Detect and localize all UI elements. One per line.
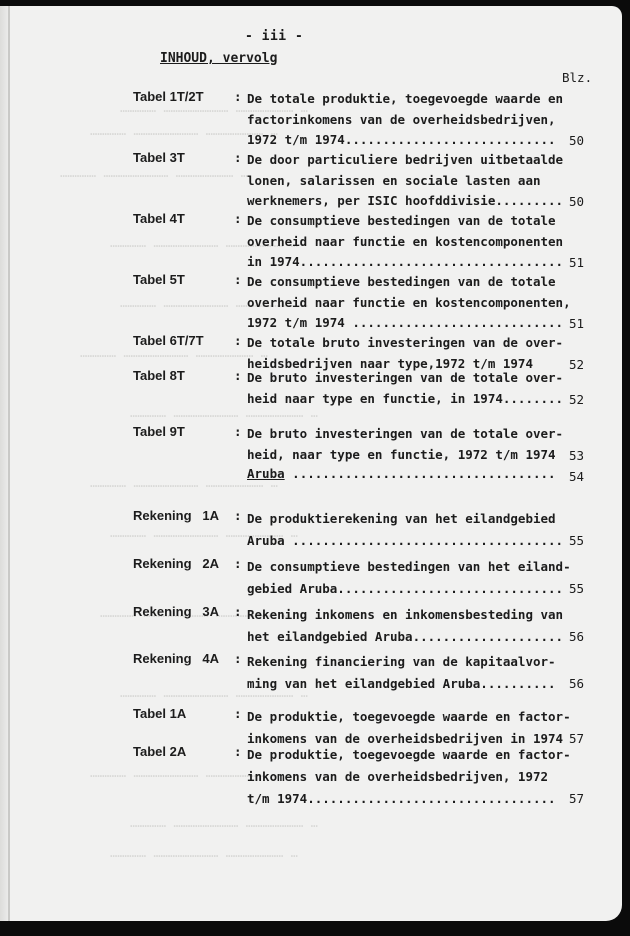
page-number: - iii -	[245, 29, 303, 44]
description-line: De totale produktie, toegevoegde waarde …	[247, 89, 547, 110]
description-line: factorinkomens van de overheidsbedrijven…	[247, 110, 547, 131]
toc-entry-label: Tabel 2A	[133, 744, 186, 759]
toc-entry-label: Tabel 8T	[133, 368, 185, 383]
toc-entry-description: De door particuliere bedrijven uitbetaal…	[247, 150, 547, 212]
description-line: 1972 t/m 1974 ..........................…	[247, 313, 547, 334]
page-reference: 56	[569, 629, 584, 644]
bleed-through-line: … …………………… ……………………… ……………	[110, 846, 298, 860]
page-reference: 51	[569, 316, 584, 331]
toc-entry-label: Tabel 9T	[133, 424, 185, 439]
separator-colon: :	[234, 424, 242, 439]
toc-entry-description: De totale produktie, toegevoegde waarde …	[247, 89, 547, 151]
description-line: overheid naar functie en kostencomponent…	[247, 232, 547, 253]
page-reference: 50	[569, 133, 584, 148]
description-line: overheid naar functie en kostencomponent…	[247, 293, 547, 314]
description-line: gebied Aruba............................…	[247, 578, 547, 600]
separator-colon: :	[234, 272, 242, 287]
separator-colon: :	[234, 744, 242, 759]
separator-colon: :	[234, 706, 242, 721]
description-line: De totale bruto investeringen van de ove…	[247, 333, 547, 354]
page-reference: 51	[569, 255, 584, 270]
page-reference: 53	[569, 448, 584, 463]
description-line: heid naar type en functie, in 1974......…	[247, 389, 547, 410]
description-line: De produktie, toegevoegde waarde en fact…	[247, 744, 547, 766]
toc-entry-description: De produktierekening van het eilandgebie…	[247, 508, 547, 552]
description-line: Rekening inkomens en inkomensbesteding v…	[247, 604, 547, 626]
toc-entry-label: Rekening 1A	[133, 508, 219, 523]
separator-colon: :	[234, 368, 242, 383]
separator-colon: :	[234, 556, 242, 571]
dot-leader: ...................................	[285, 466, 556, 481]
page-edge	[0, 6, 8, 921]
separator-colon: :	[234, 508, 242, 523]
toc-entry-label: Tabel 5T	[133, 272, 185, 287]
separator-colon: :	[234, 89, 242, 104]
toc-entry-description: De produktie, toegevoegde waarde en fact…	[247, 744, 547, 810]
page-reference: 52	[569, 392, 584, 407]
description-line: De bruto investeringen van de totale ove…	[247, 368, 547, 389]
page-reference: 50	[569, 194, 584, 209]
toc-entry-description: De consumptieve bestedingen van de total…	[247, 272, 547, 334]
toc-entry-label: Tabel 4T	[133, 211, 185, 226]
page-reference: 56	[569, 676, 584, 691]
separator-colon: :	[234, 604, 242, 619]
toc-entry-description: Rekening financiering van de kapitaalvor…	[247, 651, 547, 695]
description-line: ming van het eilandgebied Aruba.........…	[247, 673, 547, 695]
toc-entry-label: Rekening 3A	[133, 604, 219, 619]
bleed-through-line: … …………………… ……………………… ……………	[130, 816, 318, 830]
toc-entry-description: De bruto investeringen van de totale ove…	[247, 424, 547, 465]
page-column-label: Blz.	[562, 70, 592, 85]
description-line: De produktierekening van het eilandgebie…	[247, 508, 547, 530]
section-title: Aruba	[247, 466, 285, 481]
toc-entry-description: De bruto investeringen van de totale ove…	[247, 368, 547, 409]
description-line: De consumptieve bestedingen van de total…	[247, 272, 547, 293]
separator-colon: :	[234, 333, 242, 348]
description-line: De consumptieve bestedingen van de total…	[247, 211, 547, 232]
page-title: INHOUD, vervolg	[160, 51, 277, 66]
toc-entry-description: De consumptieve bestedingen van de total…	[247, 211, 547, 273]
description-line: De bruto investeringen van de totale ove…	[247, 424, 547, 445]
description-line: lonen, salarissen en sociale lasten aan	[247, 171, 547, 192]
description-line: Rekening financiering van de kapitaalvor…	[247, 651, 547, 673]
separator-colon: :	[234, 211, 242, 226]
description-line: Aruba ..................................…	[247, 530, 547, 552]
description-line: het eilandgebied Aruba..................…	[247, 626, 547, 648]
page-reference: 57	[569, 731, 584, 746]
page-reference: 54	[569, 469, 584, 484]
description-line: De produktie, toegevoegde waarde en fact…	[247, 706, 547, 728]
toc-entry-label: Tabel 3T	[133, 150, 185, 165]
toc-entry-label: Rekening 2A	[133, 556, 219, 571]
toc-entry-label: Tabel 1A	[133, 706, 186, 721]
description-line: t/m 1974................................…	[247, 788, 547, 810]
toc-entry-description: Rekening inkomens en inkomensbesteding v…	[247, 604, 547, 648]
page-spine	[8, 6, 10, 921]
page-reference: 52	[569, 357, 584, 372]
description-line: De door particuliere bedrijven uitbetaal…	[247, 150, 547, 171]
document-page: … …………………… ……………………… ……………… …………………… …………	[0, 6, 622, 921]
toc-entry-description: De consumptieve bestedingen van het eila…	[247, 556, 547, 600]
separator-colon: :	[234, 150, 242, 165]
page-reference: 55	[569, 581, 584, 596]
description-line: 1972 t/m 1974...........................…	[247, 130, 547, 151]
description-line: inkomens van de overheidsbedrijven, 1972	[247, 766, 547, 788]
description-line: heid, naar type en functie, 1972 t/m 197…	[247, 445, 547, 466]
page-reference: 57	[569, 791, 584, 806]
description-line: in 1974.................................…	[247, 252, 547, 273]
description-line: De consumptieve bestedingen van het eila…	[247, 556, 547, 578]
bleed-through-line: … …………………… ……………………… ……………	[80, 346, 268, 360]
toc-entry-label: Tabel 6T/7T	[133, 333, 204, 348]
page-reference: 55	[569, 533, 584, 548]
toc-entry-label: Rekening 4A	[133, 651, 219, 666]
description-line: werknemers, per ISIC hoofddivisie.......…	[247, 191, 547, 212]
separator-colon: :	[234, 651, 242, 666]
toc-entry-label: Tabel 1T/2T	[133, 89, 204, 104]
bleed-through-line: … …………………… ……………………… ……………	[60, 166, 248, 180]
